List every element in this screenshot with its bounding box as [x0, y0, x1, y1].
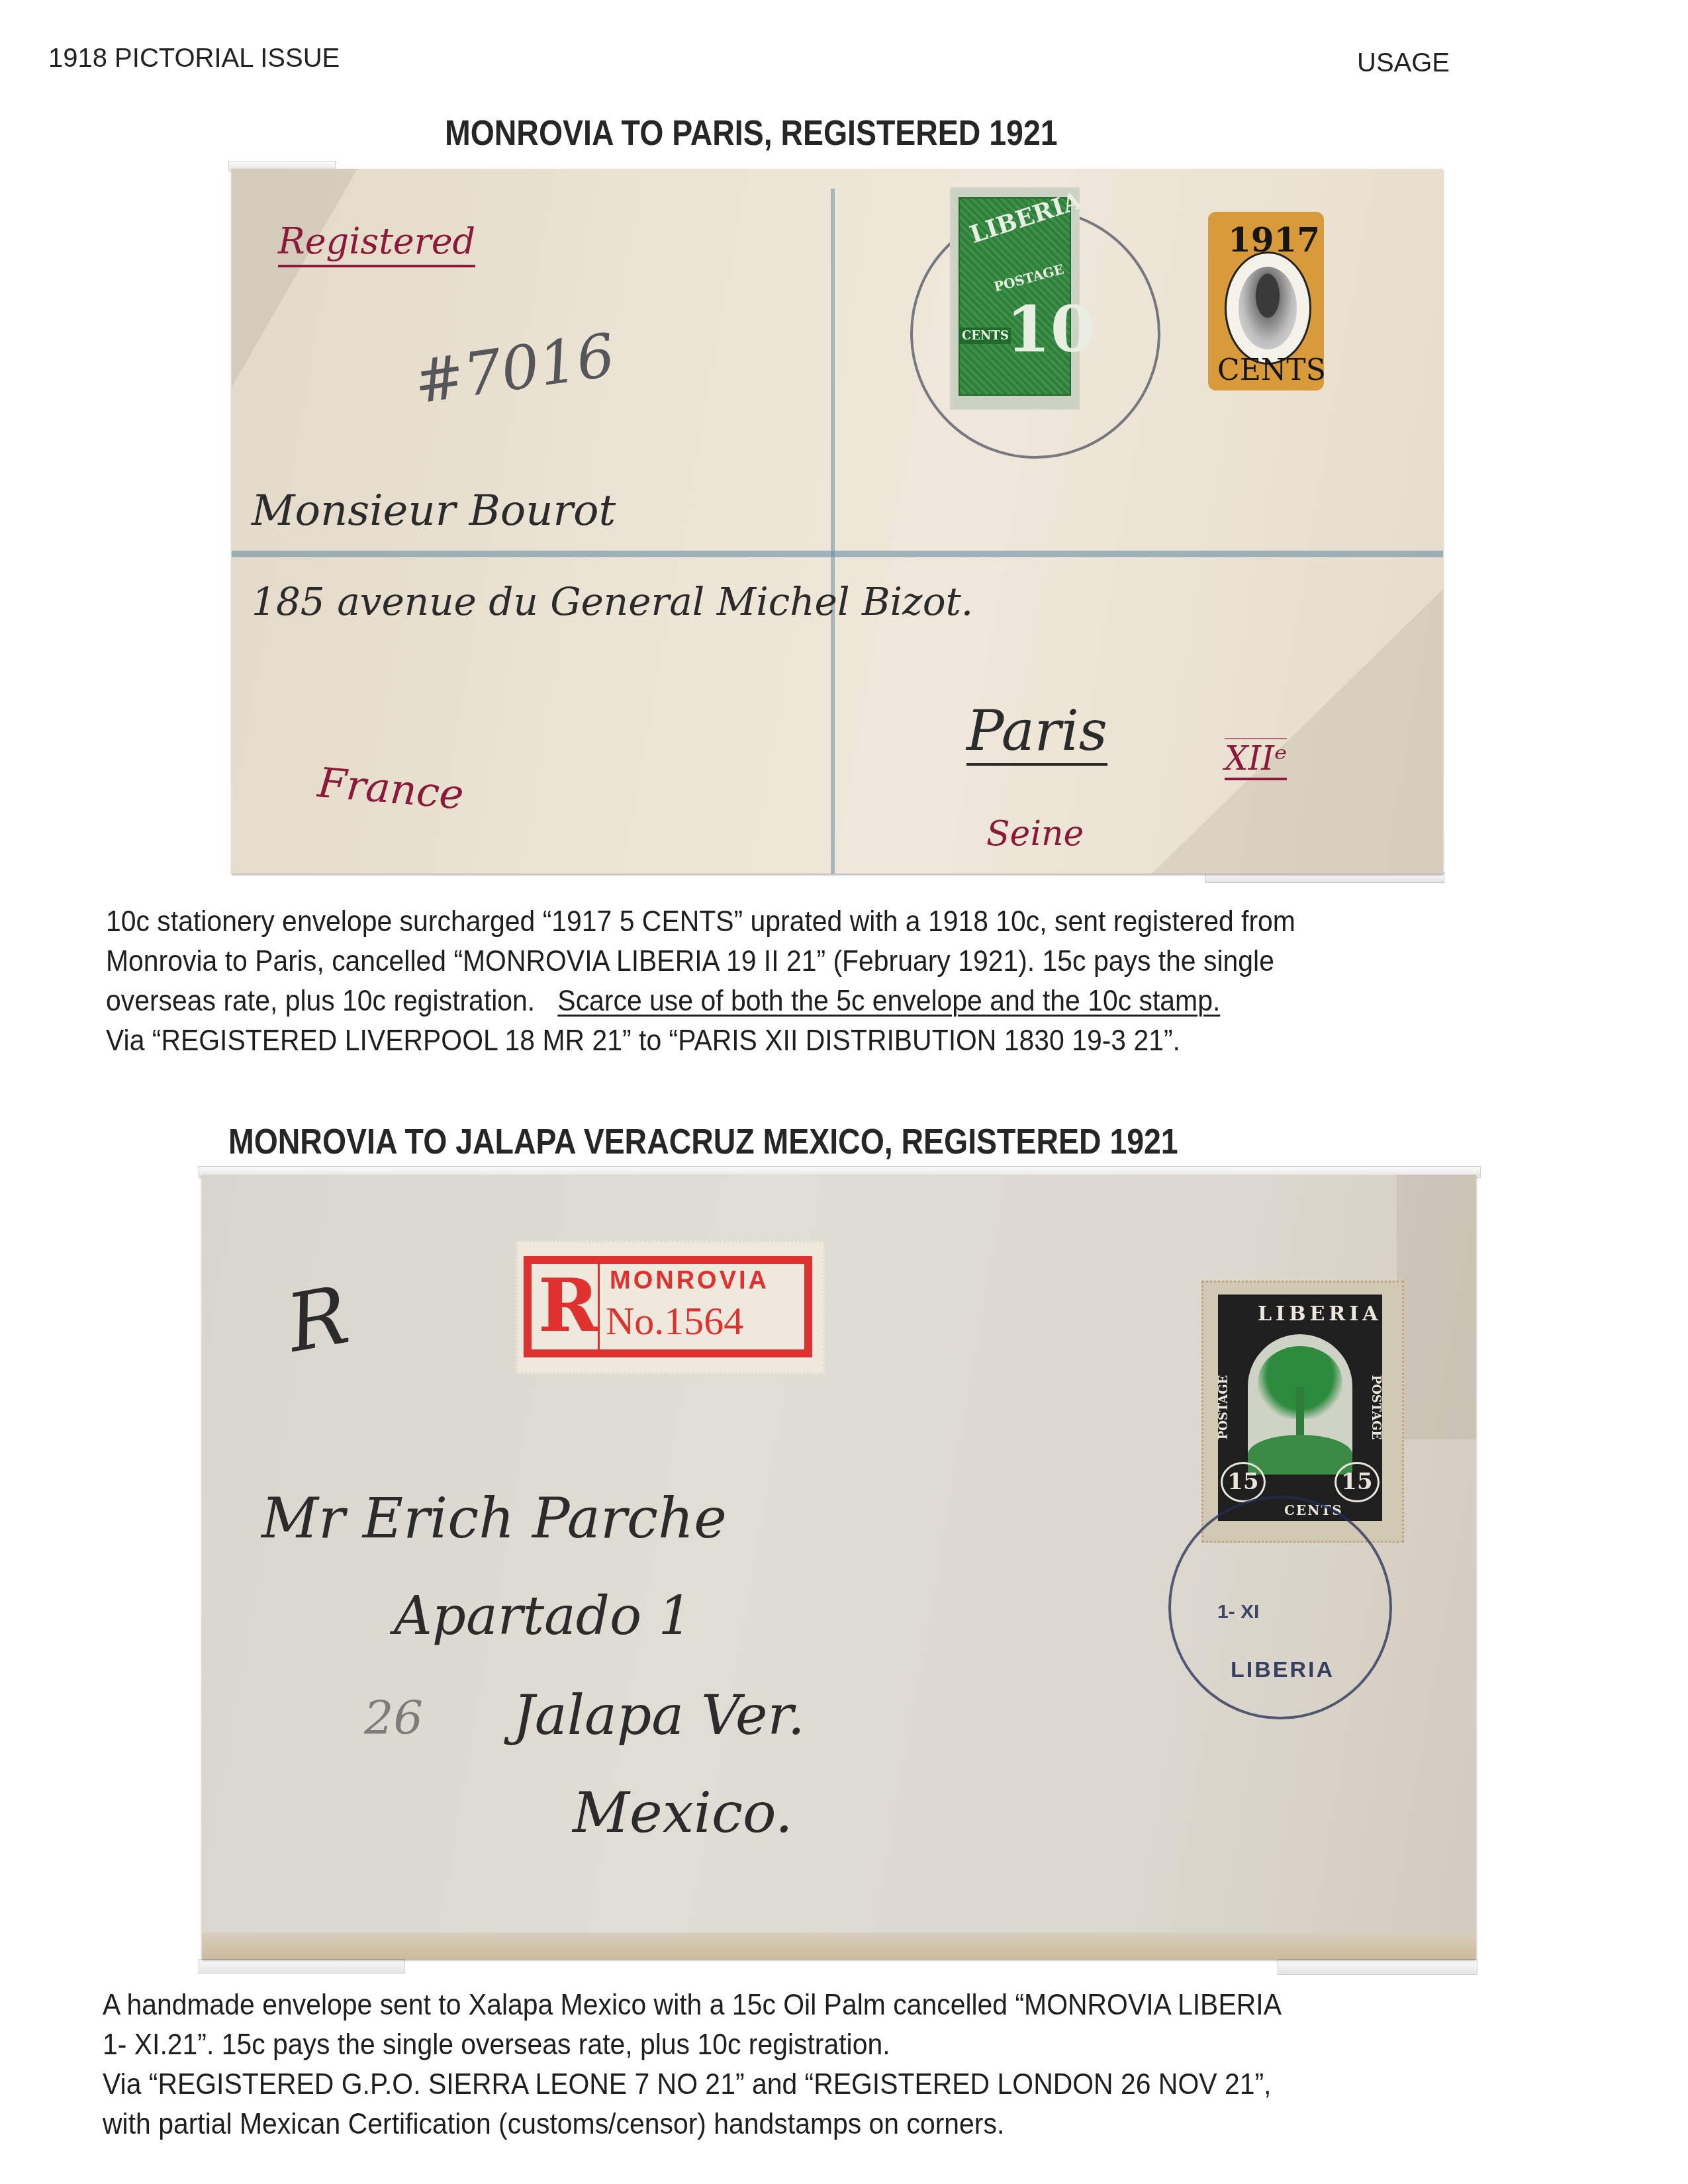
registration-office: MONROVIA [610, 1267, 769, 1295]
city: Jalapa Ver. [513, 1684, 805, 1747]
liberia-postmark: 1- XI LIBERIA [1168, 1496, 1392, 1719]
reference-number: #7016 [410, 320, 619, 417]
registration-crossline-horizontal [232, 551, 1443, 557]
stationery-indicium: 1917 CENTS [1208, 212, 1324, 390]
registration-letter: R [538, 1269, 598, 1342]
liberia-10c-stamp: LIBERIA POSTAGE 10 CENTS [950, 187, 1080, 410]
arrondissement: XIIᵉ [1225, 738, 1287, 780]
country: Mexico. [573, 1780, 793, 1845]
registration-label: R MONROVIA No.1564 [516, 1241, 825, 1374]
pencil-note: 26 [364, 1691, 423, 1745]
registration-number: No.1564 [606, 1298, 743, 1344]
cover-2-caption: A handmade envelope sent to Xalapa Mexic… [103, 1985, 1282, 2144]
caption-line: Via “REGISTERED LIVERPOOL 18 MR 21” to “… [106, 1021, 1295, 1061]
caption-line: A handmade envelope sent to Xalapa Mexic… [103, 1985, 1282, 2025]
street-address: 185 avenue du General Michel Bizot. [252, 579, 973, 624]
registration-crossline-vertical [831, 189, 835, 874]
registered-manuscript: Registered [278, 220, 475, 267]
cover-1-caption: 10c stationery envelope surcharged “1917… [106, 902, 1295, 1061]
mount-corner [1397, 1175, 1476, 1439]
caption-line: with partial Mexican Certification (cust… [103, 2105, 1282, 2144]
mount-strip [1205, 872, 1444, 883]
cover-2-envelope: R R MONROVIA No.1564 Mr Erich Parche Apa… [202, 1175, 1476, 1959]
page-category-label: USAGE [1357, 50, 1450, 76]
cover-1-envelope: Registered #7016 Monsieur Bourot 185 ave… [232, 169, 1443, 874]
surcharge-year: 1917 [1228, 224, 1320, 257]
page-section-label: 1918 PICTORIAL ISSUE [48, 45, 340, 71]
caption-line: overseas rate, plus 10c registration. Sc… [106, 981, 1295, 1021]
country: France [316, 758, 465, 819]
caption-line: Via “REGISTERED G.P.O. SIERRA LEONE 7 NO… [103, 2065, 1282, 2105]
city: Paris [966, 698, 1107, 766]
department: Seine [986, 814, 1084, 854]
postmark-place: LIBERIA [1231, 1657, 1335, 1683]
caption-line: Monrovia to Paris, cancelled “MONROVIA L… [106, 942, 1295, 981]
mount-strip [1278, 1959, 1477, 1975]
caption-highlight: Scarce use of both the 5c envelope and t… [557, 985, 1220, 1017]
mount-corner [1152, 589, 1443, 874]
registered-mark: R [281, 1269, 355, 1371]
caption-line: 10c stationery envelope surcharged “1917… [106, 902, 1295, 942]
portrait [1239, 267, 1297, 349]
addressee: Monsieur Bourot [252, 486, 616, 535]
cover-1-title: MONROVIA TO PARIS, REGISTERED 1921 [445, 115, 1058, 151]
address-line-2: Apartado 1 [394, 1585, 692, 1647]
mount-strip [199, 1959, 405, 1974]
surcharge-unit: CENTS [1217, 356, 1326, 385]
cover-2-title: MONROVIA TO JALAPA VERACRUZ MEXICO, REGI… [228, 1124, 1178, 1160]
postmark-date: 1- XI [1217, 1601, 1259, 1623]
addressee: Mr Erich Parche [261, 1486, 727, 1551]
caption-line: 1- XI.21”. 15c pays the single overseas … [103, 2025, 1282, 2065]
mount-corner [232, 169, 357, 387]
